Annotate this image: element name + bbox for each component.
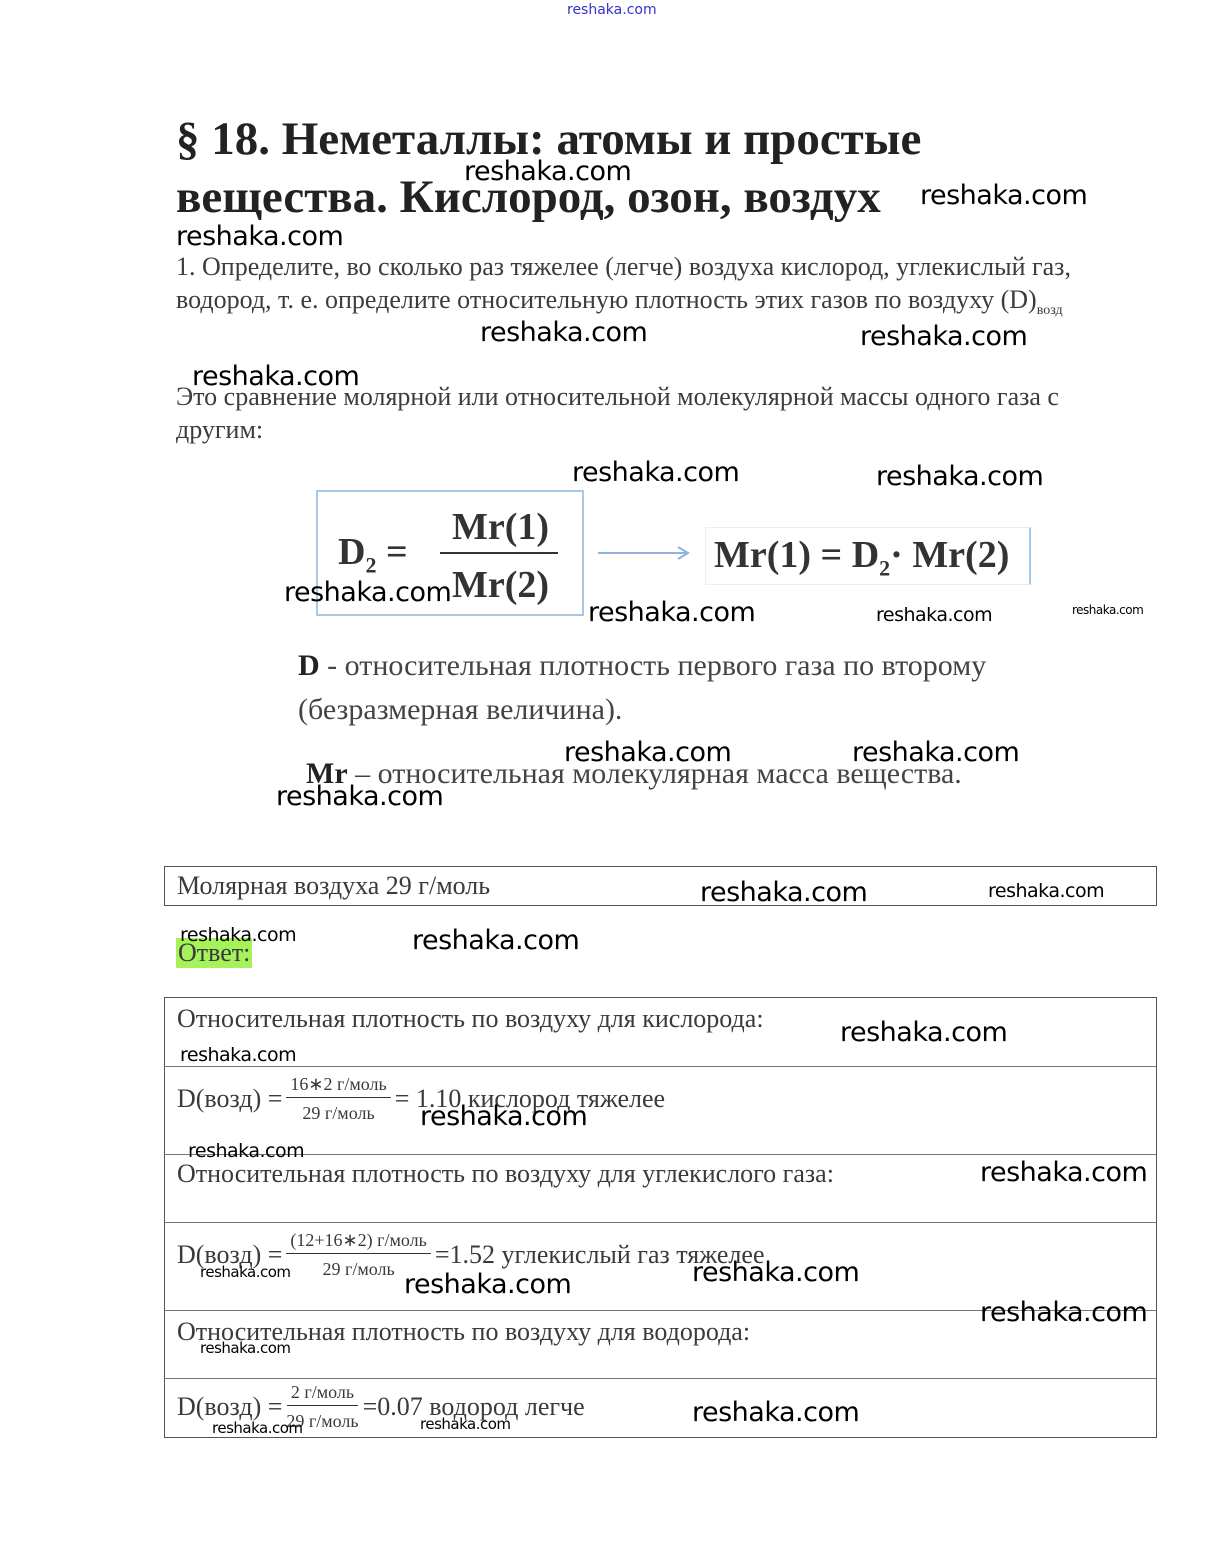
watermark: reshaka.com xyxy=(920,180,1087,211)
watermark: reshaka.com xyxy=(692,1397,859,1428)
watermark: reshaka.com xyxy=(980,1157,1147,1188)
answer-heading: Относительная плотность по воздуху для у… xyxy=(177,1159,834,1189)
watermark: reshaka.com xyxy=(276,781,443,812)
answer-table: Относительная плотность по воздуху для к… xyxy=(164,997,1157,1438)
watermark: reshaka.com xyxy=(840,1017,1007,1048)
watermark: reshaka.com xyxy=(200,1339,291,1357)
watermark: reshaka.com xyxy=(860,321,1027,352)
site-link[interactable]: reshaka.com xyxy=(567,2,657,18)
given-text: Молярная воздуха 29 г/моль xyxy=(177,871,490,901)
formula-lhs: D2 = xyxy=(338,530,408,579)
watermark: reshaka.com xyxy=(192,361,359,392)
watermark: reshaka.com xyxy=(464,156,631,187)
watermark: reshaka.com xyxy=(480,317,647,348)
formula-denominator: Mr(2) xyxy=(452,563,549,607)
result-formula: Mr(1) = D2· Mr(2) xyxy=(714,533,1009,582)
watermark: reshaka.com xyxy=(876,461,1043,492)
arrow-right-icon xyxy=(598,545,690,561)
watermark: reshaka.com xyxy=(572,457,739,488)
fraction-line xyxy=(440,552,558,554)
watermark: reshaka.com xyxy=(412,925,579,956)
table-row: D(возд) = 2 г/моль29 г/моль =0.07 водоро… xyxy=(165,1378,1156,1437)
watermark: reshaka.com xyxy=(284,577,451,608)
answer-heading: Относительная плотность по воздуху для к… xyxy=(177,1004,764,1034)
formula-numerator: Mr(1) xyxy=(452,505,549,549)
watermark: reshaka.com xyxy=(876,604,992,626)
watermark: reshaka.com xyxy=(180,1044,296,1066)
watermark: reshaka.com xyxy=(212,1419,303,1437)
watermark: reshaka.com xyxy=(200,1263,291,1281)
watermark: reshaka.com xyxy=(692,1257,859,1288)
watermark: reshaka.com xyxy=(988,880,1104,902)
watermark: reshaka.com xyxy=(980,1297,1147,1328)
table-row: D(возд) = 16∗2 г/моль29 г/моль = 1.10 ки… xyxy=(165,1066,1156,1154)
task-text: 1. Определите, во сколько раз тяжелее (л… xyxy=(176,250,1146,327)
definition-d: D - относительная плотность первого газа… xyxy=(298,644,1058,732)
watermark: reshaka.com xyxy=(180,924,296,946)
table-row: Относительная плотность по воздуху для к… xyxy=(165,998,1156,1066)
watermark: reshaka.com xyxy=(420,1101,587,1132)
watermark: reshaka.com xyxy=(852,737,1019,768)
watermark: reshaka.com xyxy=(564,737,731,768)
watermark: reshaka.com xyxy=(176,221,343,252)
watermark: reshaka.com xyxy=(404,1269,571,1300)
watermark: reshaka.com xyxy=(700,877,867,908)
watermark: reshaka.com xyxy=(1072,603,1143,617)
watermark: reshaka.com xyxy=(588,597,755,628)
watermark: reshaka.com xyxy=(420,1415,511,1433)
watermark: reshaka.com xyxy=(188,1140,304,1162)
